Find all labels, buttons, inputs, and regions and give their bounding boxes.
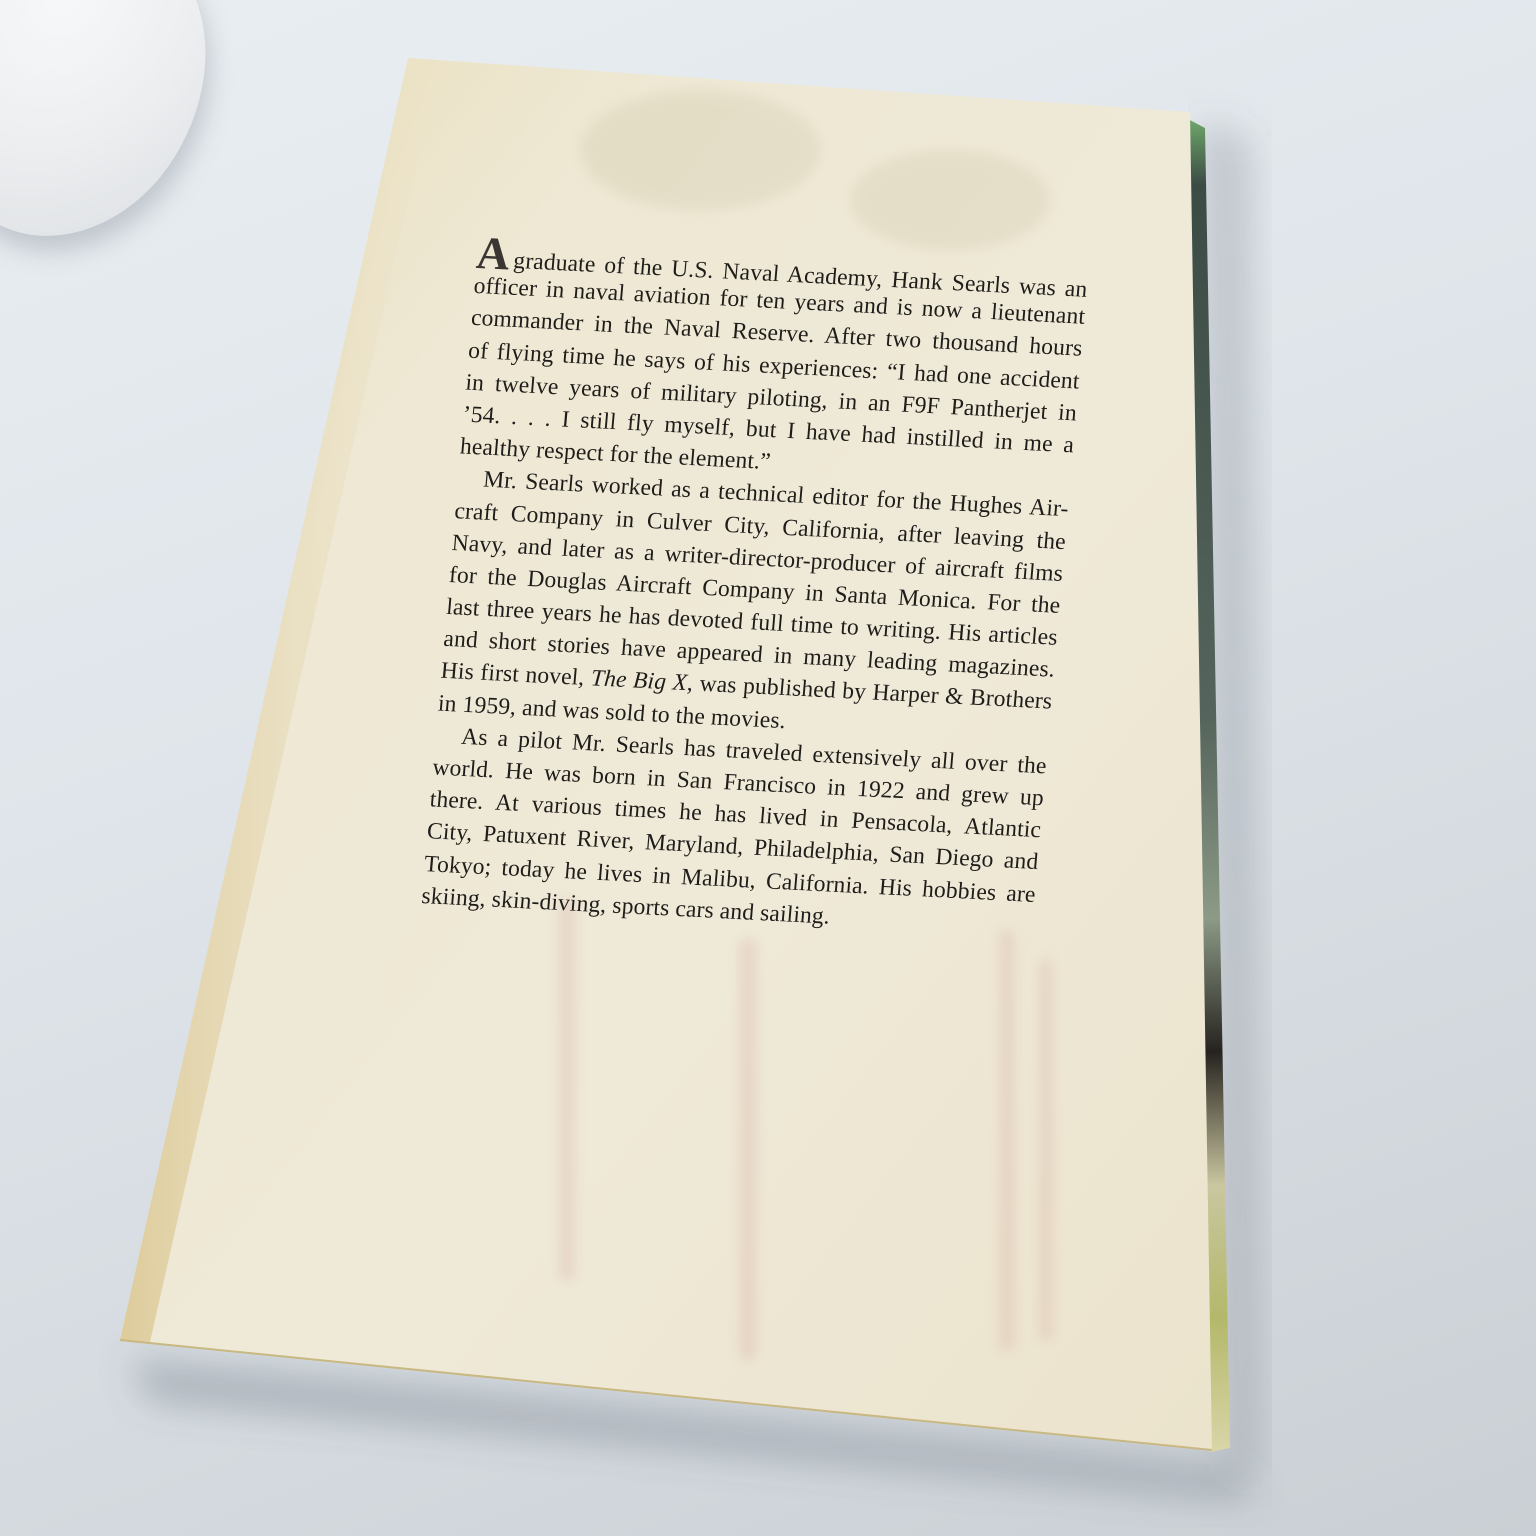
bio-paragraph-3: As a pilot Mr. Searls has traveled exten… [420, 719, 1048, 942]
bio-paragraph-2: Mr. Searls worked as a technical editor … [437, 463, 1070, 751]
novel-title: The Big X [590, 666, 688, 697]
author-biography: Agraduate of the U.S. Naval Academy, Han… [420, 238, 1089, 943]
bio-paragraph-1: Agraduate of the U.S. Naval Academy, Han… [459, 238, 1089, 494]
